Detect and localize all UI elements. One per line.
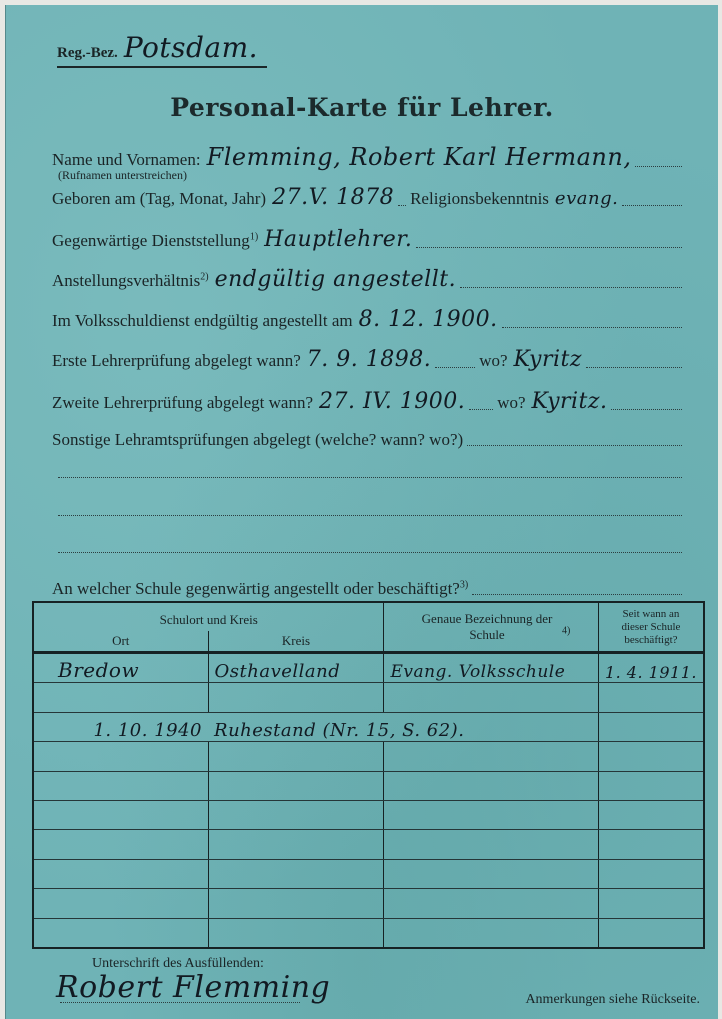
kreis-cell: [208, 683, 384, 712]
volksschule-label: Im Volksschuldienst endgültig angestellt…: [52, 311, 353, 331]
school-cell: [384, 918, 599, 948]
table-row: [33, 742, 704, 771]
other-exams-line-2: [58, 477, 682, 478]
kreis-header: Kreis: [208, 631, 384, 653]
other-exams-label: Sonstige Lehramtsprüfungen abgelegt (wel…: [52, 430, 463, 450]
exam1-where-dotline: [586, 366, 682, 368]
table-row: Bredow Osthavelland Evang. Volksschule 1…: [33, 653, 704, 683]
table-row: 1. 10. 1940 Ruhestand (Nr. 15, S. 62).: [33, 712, 704, 741]
school-name-header: Genaue Bezeichnung der Schule4): [384, 602, 599, 653]
ort-header: Ort: [33, 631, 208, 653]
position-footnote: 1): [250, 231, 258, 242]
reg-bez-value: Potsdam.: [124, 31, 258, 64]
employment-field: Anstellungsverhältnis2) endgültig angest…: [52, 267, 682, 292]
ort-cell: [33, 800, 208, 829]
kreis-cell: [208, 800, 384, 829]
current-school-label-text: An welcher Schule gegenwärtig angestellt…: [52, 579, 460, 598]
kreis-cell: [208, 918, 384, 948]
ort-cell: [33, 859, 208, 888]
ort-cell: 1. 10. 1940: [33, 712, 208, 741]
page-title: Personal-Karte für Lehrer.: [6, 93, 718, 122]
ort-cell: [33, 683, 208, 712]
religion-label: Religionsbekenntnis: [410, 189, 549, 209]
position-field: Gegenwärtige Dienststellung1) Hauptlehre…: [52, 227, 682, 252]
position-value: Hauptlehrer.: [264, 227, 412, 252]
name-label: Name und Vornamen:: [52, 150, 201, 170]
name-value: Flemming, Robert Karl Hermann,: [207, 143, 632, 171]
ort-cell: [33, 889, 208, 918]
employment-dotline: [460, 286, 682, 288]
exam2-dotline: [469, 408, 493, 410]
school-value: Evang. Volksschule: [390, 662, 565, 682]
kreis-cell: Ruhestand (Nr. 15, S. 62).: [208, 712, 598, 741]
since-cell: [598, 800, 704, 829]
table-row: [33, 918, 704, 948]
exam2-where-value: Kyritz.: [532, 389, 608, 414]
table-row: [33, 889, 704, 918]
ort-value: Bredow: [58, 658, 139, 682]
school-cell: Evang. Volksschule: [384, 653, 599, 683]
reg-bez-label: Reg.-Bez.: [57, 45, 118, 62]
table-row: [33, 859, 704, 888]
other-exams-line-3: [58, 515, 682, 516]
other-exams-dotline: [467, 444, 682, 446]
since-header-text: Seit wann an dieser Schule beschäftigt?: [611, 608, 691, 647]
school-cell: [384, 889, 599, 918]
school-name-header-text: Genaue Bezeichnung der Schule: [412, 611, 562, 643]
table-row: [33, 800, 704, 829]
signature: Robert Flemming: [56, 970, 330, 1005]
name-dotline: [635, 165, 682, 167]
back-notes-reference: Anmerkungen siehe Rückseite.: [525, 992, 700, 1008]
school-history-table: Schulort und Kreis Genaue Bezeichnung de…: [32, 601, 705, 949]
exam2-value: 27. IV. 1900.: [319, 389, 465, 414]
school-cell: [384, 800, 599, 829]
employment-footnote: 2): [200, 271, 208, 282]
since-cell: [598, 918, 704, 948]
kreis-cell: [208, 859, 384, 888]
since-cell: [598, 683, 704, 712]
birth-label: Geboren am (Tag, Monat, Jahr): [52, 189, 266, 209]
since-value: 1. 4. 1911.: [605, 663, 697, 682]
since-header: Seit wann an dieser Schule beschäftigt?: [598, 602, 704, 653]
kreis-value: Osthavelland: [215, 661, 341, 682]
since-cell: [598, 889, 704, 918]
exam2-field: Zweite Lehrerprüfung abgelegt wann? 27. …: [52, 389, 682, 414]
kreis-cell: [208, 742, 384, 771]
reg-bez-field: Reg.-Bez. Potsdam.: [57, 31, 267, 68]
ort-cell: [33, 771, 208, 800]
religion-value: evang.: [555, 188, 618, 209]
position-dotline: [416, 246, 682, 248]
birth-value: 27.V. 1878: [272, 185, 394, 210]
kreis-cell: [208, 771, 384, 800]
kreis-value: Ruhestand (Nr. 15, S. 62).: [214, 720, 464, 741]
current-school-footnote: 3): [460, 579, 468, 590]
table-row: [33, 771, 704, 800]
school-cell: [384, 771, 599, 800]
ort-cell: [33, 918, 208, 948]
volksschule-value: 8. 12. 1900.: [359, 307, 498, 332]
signature-dotline: [60, 1002, 300, 1003]
school-cell: [384, 742, 599, 771]
kreis-cell: [208, 830, 384, 859]
volksschule-dotline: [502, 326, 682, 328]
table-row: [33, 830, 704, 859]
current-school-dotline: [472, 593, 682, 595]
school-cell: [384, 830, 599, 859]
other-exams-field: Sonstige Lehramtsprüfungen abgelegt (wel…: [52, 430, 682, 450]
kreis-cell: Osthavelland: [208, 653, 384, 683]
employment-label-text: Anstellungsverhältnis: [52, 271, 200, 290]
school-cell: [384, 683, 599, 712]
exam1-where-label: wo?: [479, 351, 507, 371]
ort-cell: [33, 830, 208, 859]
current-school-field: An welcher Schule gegenwärtig angestellt…: [52, 579, 682, 599]
school-cell: [384, 859, 599, 888]
current-school-label: An welcher Schule gegenwärtig angestellt…: [52, 579, 468, 599]
exam1-where-value: Kyritz: [514, 347, 582, 372]
since-cell: [598, 859, 704, 888]
ort-cell: Bredow: [33, 653, 208, 683]
ort-cell: [33, 742, 208, 771]
table-row: [33, 683, 704, 712]
exam1-field: Erste Lehrerprüfung abgelegt wann? 7. 9.…: [52, 347, 682, 372]
exam2-where-dotline: [611, 408, 682, 410]
employment-label: Anstellungsverhältnis2): [52, 271, 209, 291]
schulort-kreis-header: Schulort und Kreis: [33, 602, 384, 631]
employment-value: endgültig angestellt.: [215, 267, 456, 292]
exam2-where-label: wo?: [497, 393, 525, 413]
ort-value: 1. 10. 1940: [93, 720, 202, 741]
kreis-cell: [208, 889, 384, 918]
exam1-label: Erste Lehrerprüfung abgelegt wann?: [52, 351, 301, 371]
since-cell: 1. 4. 1911.: [598, 653, 704, 683]
rufname-note: (Rufnamen unterstreichen): [58, 168, 187, 183]
school-name-footnote: 4): [562, 626, 570, 637]
position-label: Gegenwärtige Dienststellung1): [52, 231, 258, 251]
exam2-label: Zweite Lehrerprüfung abgelegt wann?: [52, 393, 313, 413]
exam1-dotline: [435, 366, 475, 368]
religion-dotline: [622, 204, 682, 206]
position-label-text: Gegenwärtige Dienststellung: [52, 231, 250, 250]
name-field: Name und Vornamen: Flemming, Robert Karl…: [52, 143, 682, 171]
other-exams-line-4: [58, 552, 682, 553]
exam1-value: 7. 9. 1898.: [307, 347, 431, 372]
volksschule-field: Im Volksschuldienst endgültig angestellt…: [52, 307, 682, 332]
birth-field: Geboren am (Tag, Monat, Jahr) 27.V. 1878…: [52, 185, 682, 210]
birth-dotline: [398, 204, 406, 206]
since-cell: [598, 712, 704, 741]
since-cell: [598, 771, 704, 800]
since-cell: [598, 742, 704, 771]
since-cell: [598, 830, 704, 859]
